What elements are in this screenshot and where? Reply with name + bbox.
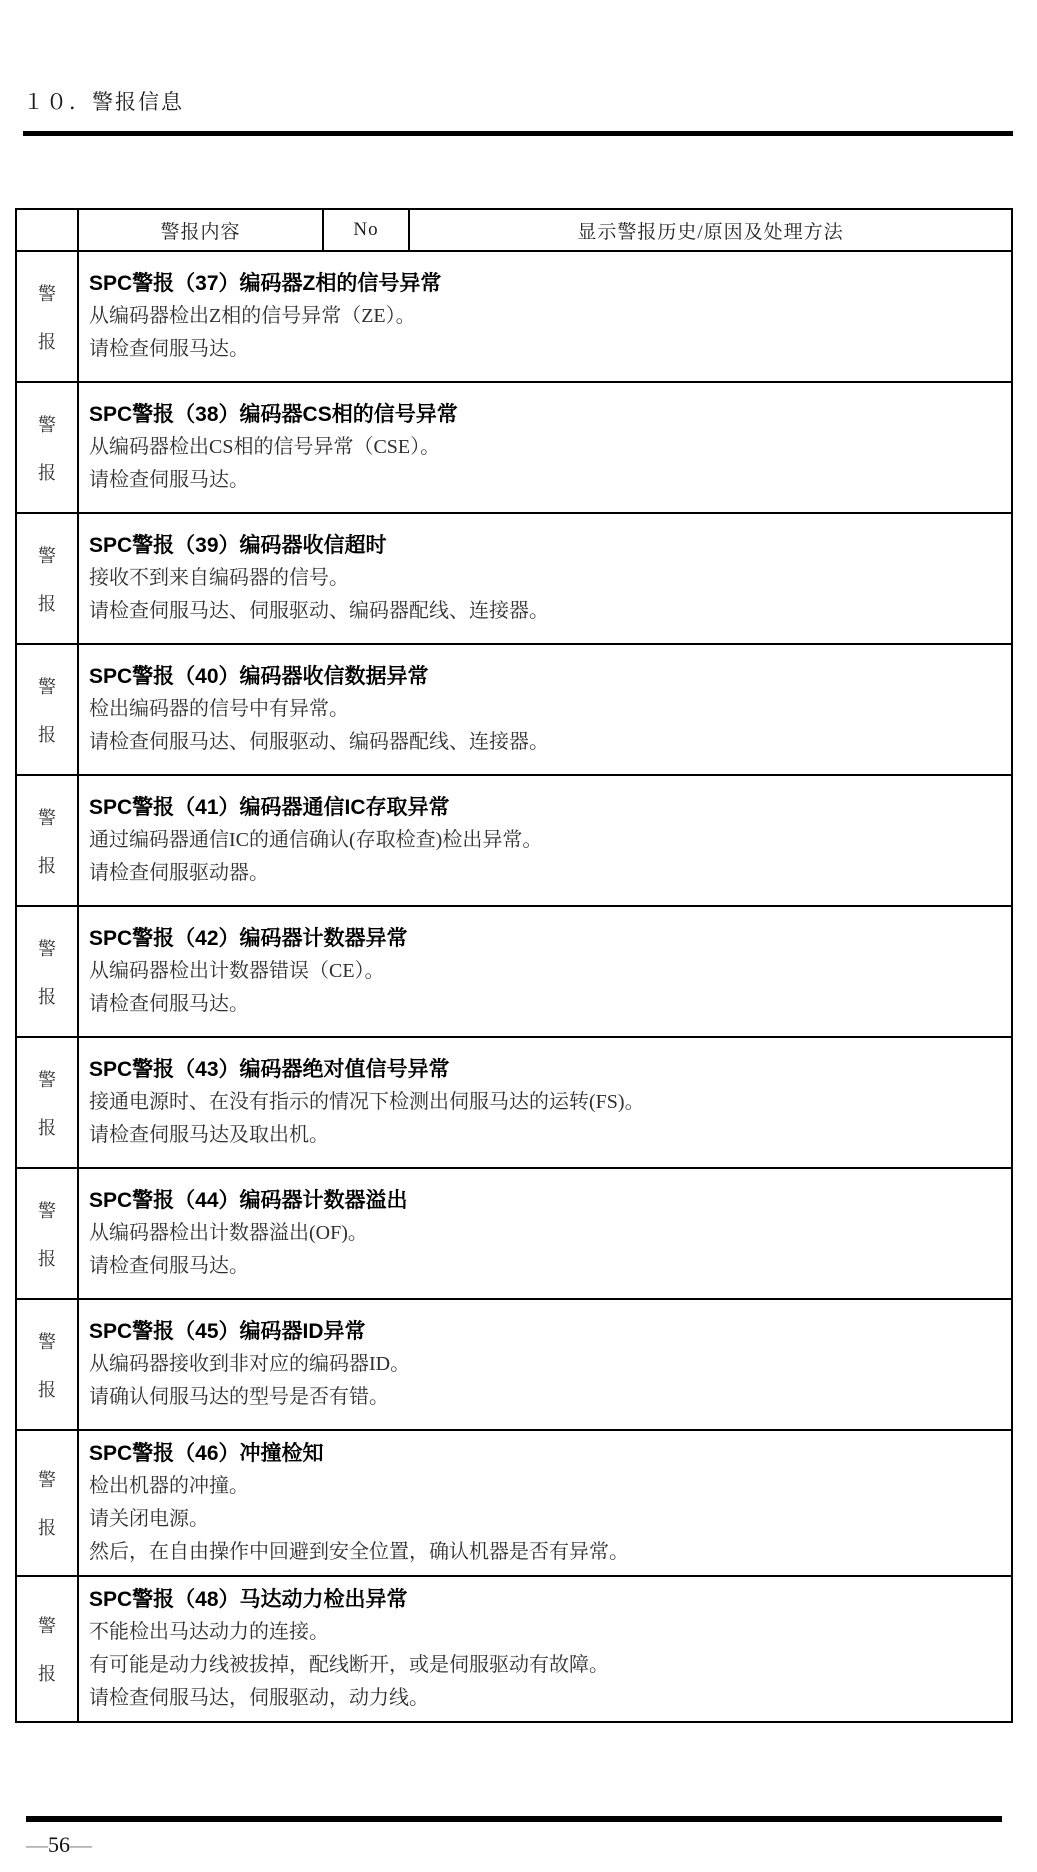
row-line: 接通电源时、在没有指示的情况下检测出伺服马达的运转(FS)。 xyxy=(89,1086,1001,1119)
table-row: 警 报 SPC警报（44）编码器计数器溢出 从编码器检出计数器溢出(OF)。请检… xyxy=(17,1169,1011,1300)
row-content: SPC警报（46）冲撞检知 检出机器的冲撞。请关闭电源。然后，在自由操作中回避到… xyxy=(79,1431,1011,1575)
row-label: 警 报 xyxy=(17,383,79,512)
row-label: 警 报 xyxy=(17,907,79,1036)
row-content: SPC警报（38）编码器CS相的信号异常 从编码器检出CS相的信号异常（CSE）… xyxy=(79,383,1011,512)
row-lines: 从编码器检出Z相的信号异常（ZE）。请检查伺服马达。 xyxy=(89,300,1001,366)
row-label-top: 警 xyxy=(38,1197,56,1223)
page-number: —56— xyxy=(26,1832,92,1858)
row-content: SPC警报（42）编码器计数器异常 从编码器检出计数器错误（CE）。请检查伺服马… xyxy=(79,907,1011,1036)
row-content: SPC警报（37）编码器Z相的信号异常 从编码器检出Z相的信号异常（ZE）。请检… xyxy=(79,252,1011,381)
table-row: 警 报 SPC警报（37）编码器Z相的信号异常 从编码器检出Z相的信号异常（ZE… xyxy=(17,252,1011,383)
row-title: SPC警报（44）编码器计数器溢出 xyxy=(89,1184,1001,1217)
row-line: 从编码器接收到非对应的编码器ID。 xyxy=(89,1348,1001,1381)
page-number-dash-left: — xyxy=(26,1832,48,1857)
table-row: 警 报 SPC警报（41）编码器通信IC存取异常 通过编码器通信IC的通信确认(… xyxy=(17,776,1011,907)
row-title: SPC警报（45）编码器ID异常 xyxy=(89,1315,1001,1348)
row-label: 警 报 xyxy=(17,1169,79,1298)
row-content: SPC警报（45）编码器ID异常 从编码器接收到非对应的编码器ID。请确认伺服马… xyxy=(79,1300,1011,1429)
row-line: 请检查伺服马达及取出机。 xyxy=(89,1119,1001,1152)
row-title: SPC警报（38）编码器CS相的信号异常 xyxy=(89,398,1001,431)
table-row: 警 报 SPC警报（39）编码器收信超时 接收不到来自编码器的信号。请检查伺服马… xyxy=(17,514,1011,645)
row-label-top: 警 xyxy=(38,1612,56,1638)
row-label-bottom: 报 xyxy=(38,852,56,878)
row-label-top: 警 xyxy=(38,411,56,437)
row-label-bottom: 报 xyxy=(38,721,56,747)
row-line: 请检查伺服马达、伺服驱动、编码器配线、连接器。 xyxy=(89,595,1001,628)
row-line: 检出机器的冲撞。 xyxy=(89,1470,1001,1503)
row-title: SPC警报（48）马达动力检出异常 xyxy=(89,1583,1001,1616)
row-content: SPC警报（41）编码器通信IC存取异常 通过编码器通信IC的通信确认(存取检查… xyxy=(79,776,1011,905)
row-title: SPC警报（40）编码器收信数据异常 xyxy=(89,660,1001,693)
title-rule xyxy=(23,131,1013,136)
row-line: 请检查伺服马达。 xyxy=(89,464,1001,497)
row-label-bottom: 报 xyxy=(38,1660,56,1686)
row-label: 警 报 xyxy=(17,1038,79,1167)
row-content: SPC警报（48）马达动力检出异常 不能检出马达动力的连接。有可能是动力线被拔掉… xyxy=(79,1577,1011,1721)
row-label-top: 警 xyxy=(38,1066,56,1092)
row-title: SPC警报（46）冲撞检知 xyxy=(89,1437,1001,1470)
row-line: 从编码器检出CS相的信号异常（CSE）。 xyxy=(89,431,1001,464)
row-label: 警 报 xyxy=(17,776,79,905)
row-label-bottom: 报 xyxy=(38,459,56,485)
row-lines: 接收不到来自编码器的信号。请检查伺服马达、伺服驱动、编码器配线、连接器。 xyxy=(89,562,1001,628)
row-lines: 通过编码器通信IC的通信确认(存取检查)检出异常。请检查伺服驱动器。 xyxy=(89,824,1001,890)
table-row: 警 报 SPC警报（40）编码器收信数据异常 检出编码器的信号中有异常。请检查伺… xyxy=(17,645,1011,776)
row-lines: 从编码器接收到非对应的编码器ID。请确认伺服马达的型号是否有错。 xyxy=(89,1348,1001,1414)
row-lines: 从编码器检出计数器错误（CE）。请检查伺服马达。 xyxy=(89,955,1001,1021)
row-label-bottom: 报 xyxy=(38,1376,56,1402)
table-row: 警 报 SPC警报（46）冲撞检知 检出机器的冲撞。请关闭电源。然后，在自由操作… xyxy=(17,1431,1011,1577)
row-line: 请检查伺服马达。 xyxy=(89,333,1001,366)
footer-rule xyxy=(26,1816,1002,1822)
row-label-top: 警 xyxy=(38,1466,56,1492)
row-line: 有可能是动力线被拔掉，配线断开，或是伺服驱动有故障。 xyxy=(89,1649,1001,1682)
header-cell-no: No xyxy=(324,210,410,250)
table-row: 警 报 SPC警报（43）编码器绝对值信号异常 接通电源时、在没有指示的情况下检… xyxy=(17,1038,1011,1169)
row-label-top: 警 xyxy=(38,280,56,306)
row-label-bottom: 报 xyxy=(38,328,56,354)
row-line: 请检查伺服驱动器。 xyxy=(89,857,1001,890)
row-title: SPC警报（41）编码器通信IC存取异常 xyxy=(89,791,1001,824)
header-cell-alarm-content: 警报内容 xyxy=(79,210,324,250)
page-number-dash-right: — xyxy=(70,1832,92,1857)
row-label-bottom: 报 xyxy=(38,983,56,1009)
row-line: 请关闭电源。 xyxy=(89,1503,1001,1536)
row-line: 接收不到来自编码器的信号。 xyxy=(89,562,1001,595)
row-label-top: 警 xyxy=(38,542,56,568)
row-label-bottom: 报 xyxy=(38,590,56,616)
row-label-bottom: 报 xyxy=(38,1245,56,1271)
table-row: 警 报 SPC警报（48）马达动力检出异常 不能检出马达动力的连接。有可能是动力… xyxy=(17,1577,1011,1721)
row-label-top: 警 xyxy=(38,1328,56,1354)
alarm-table-body: 警 报 SPC警报（37）编码器Z相的信号异常 从编码器检出Z相的信号异常（ZE… xyxy=(17,252,1011,1721)
row-line: 请检查伺服马达，伺服驱动，动力线。 xyxy=(89,1682,1001,1715)
manual-page: １０．警报信息 警报内容 No 显示警报历史/原因及处理方法 警 报 SPC警报… xyxy=(0,0,1037,1872)
table-row: 警 报 SPC警报（42）编码器计数器异常 从编码器检出计数器错误（CE）。请检… xyxy=(17,907,1011,1038)
row-lines: 从编码器检出CS相的信号异常（CSE）。请检查伺服马达。 xyxy=(89,431,1001,497)
row-title: SPC警报（42）编码器计数器异常 xyxy=(89,922,1001,955)
table-row: 警 报 SPC警报（45）编码器ID异常 从编码器接收到非对应的编码器ID。请确… xyxy=(17,1300,1011,1431)
row-lines: 检出编码器的信号中有异常。请检查伺服马达、伺服驱动、编码器配线、连接器。 xyxy=(89,693,1001,759)
row-content: SPC警报（44）编码器计数器溢出 从编码器检出计数器溢出(OF)。请检查伺服马… xyxy=(79,1169,1011,1298)
table-row: 警 报 SPC警报（38）编码器CS相的信号异常 从编码器检出CS相的信号异常（… xyxy=(17,383,1011,514)
header-cell-corner xyxy=(17,210,79,250)
row-title: SPC警报（37）编码器Z相的信号异常 xyxy=(89,267,1001,300)
alarm-table: 警报内容 No 显示警报历史/原因及处理方法 警 报 SPC警报（37）编码器Z… xyxy=(15,208,1013,1723)
row-line: 通过编码器通信IC的通信确认(存取检查)检出异常。 xyxy=(89,824,1001,857)
row-label-bottom: 报 xyxy=(38,1514,56,1540)
row-line: 请检查伺服马达。 xyxy=(89,1250,1001,1283)
row-lines: 接通电源时、在没有指示的情况下检测出伺服马达的运转(FS)。请检查伺服马达及取出… xyxy=(89,1086,1001,1152)
row-content: SPC警报（39）编码器收信超时 接收不到来自编码器的信号。请检查伺服马达、伺服… xyxy=(79,514,1011,643)
row-label-bottom: 报 xyxy=(38,1114,56,1140)
row-lines: 从编码器检出计数器溢出(OF)。请检查伺服马达。 xyxy=(89,1217,1001,1283)
row-line: 从编码器检出Z相的信号异常（ZE）。 xyxy=(89,300,1001,333)
row-line: 请确认伺服马达的型号是否有错。 xyxy=(89,1381,1001,1414)
row-line: 然后，在自由操作中回避到安全位置，确认机器是否有异常。 xyxy=(89,1536,1001,1569)
row-title: SPC警报（43）编码器绝对值信号异常 xyxy=(89,1053,1001,1086)
row-label: 警 报 xyxy=(17,1431,79,1575)
row-line: 不能检出马达动力的连接。 xyxy=(89,1616,1001,1649)
row-lines: 不能检出马达动力的连接。有可能是动力线被拔掉，配线断开，或是伺服驱动有故障。请检… xyxy=(89,1616,1001,1715)
row-label-top: 警 xyxy=(38,804,56,830)
row-line: 从编码器检出计数器错误（CE）。 xyxy=(89,955,1001,988)
row-label-top: 警 xyxy=(38,673,56,699)
row-label: 警 报 xyxy=(17,252,79,381)
row-content: SPC警报（40）编码器收信数据异常 检出编码器的信号中有异常。请检查伺服马达、… xyxy=(79,645,1011,774)
row-label: 警 报 xyxy=(17,645,79,774)
row-title: SPC警报（39）编码器收信超时 xyxy=(89,529,1001,562)
row-label: 警 报 xyxy=(17,1300,79,1429)
row-line: 请检查伺服马达、伺服驱动、编码器配线、连接器。 xyxy=(89,726,1001,759)
page-title: １０．警报信息 xyxy=(23,86,184,116)
row-label-top: 警 xyxy=(38,935,56,961)
row-label: 警 报 xyxy=(17,514,79,643)
row-label: 警 报 xyxy=(17,1577,79,1721)
row-lines: 检出机器的冲撞。请关闭电源。然后，在自由操作中回避到安全位置，确认机器是否有异常… xyxy=(89,1470,1001,1569)
row-content: SPC警报（43）编码器绝对值信号异常 接通电源时、在没有指示的情况下检测出伺服… xyxy=(79,1038,1011,1167)
row-line: 检出编码器的信号中有异常。 xyxy=(89,693,1001,726)
table-header-row: 警报内容 No 显示警报历史/原因及处理方法 xyxy=(17,210,1011,252)
header-cell-method: 显示警报历史/原因及处理方法 xyxy=(410,210,1011,250)
row-line: 从编码器检出计数器溢出(OF)。 xyxy=(89,1217,1001,1250)
row-line: 请检查伺服马达。 xyxy=(89,988,1001,1021)
page-number-value: 56 xyxy=(48,1832,70,1857)
